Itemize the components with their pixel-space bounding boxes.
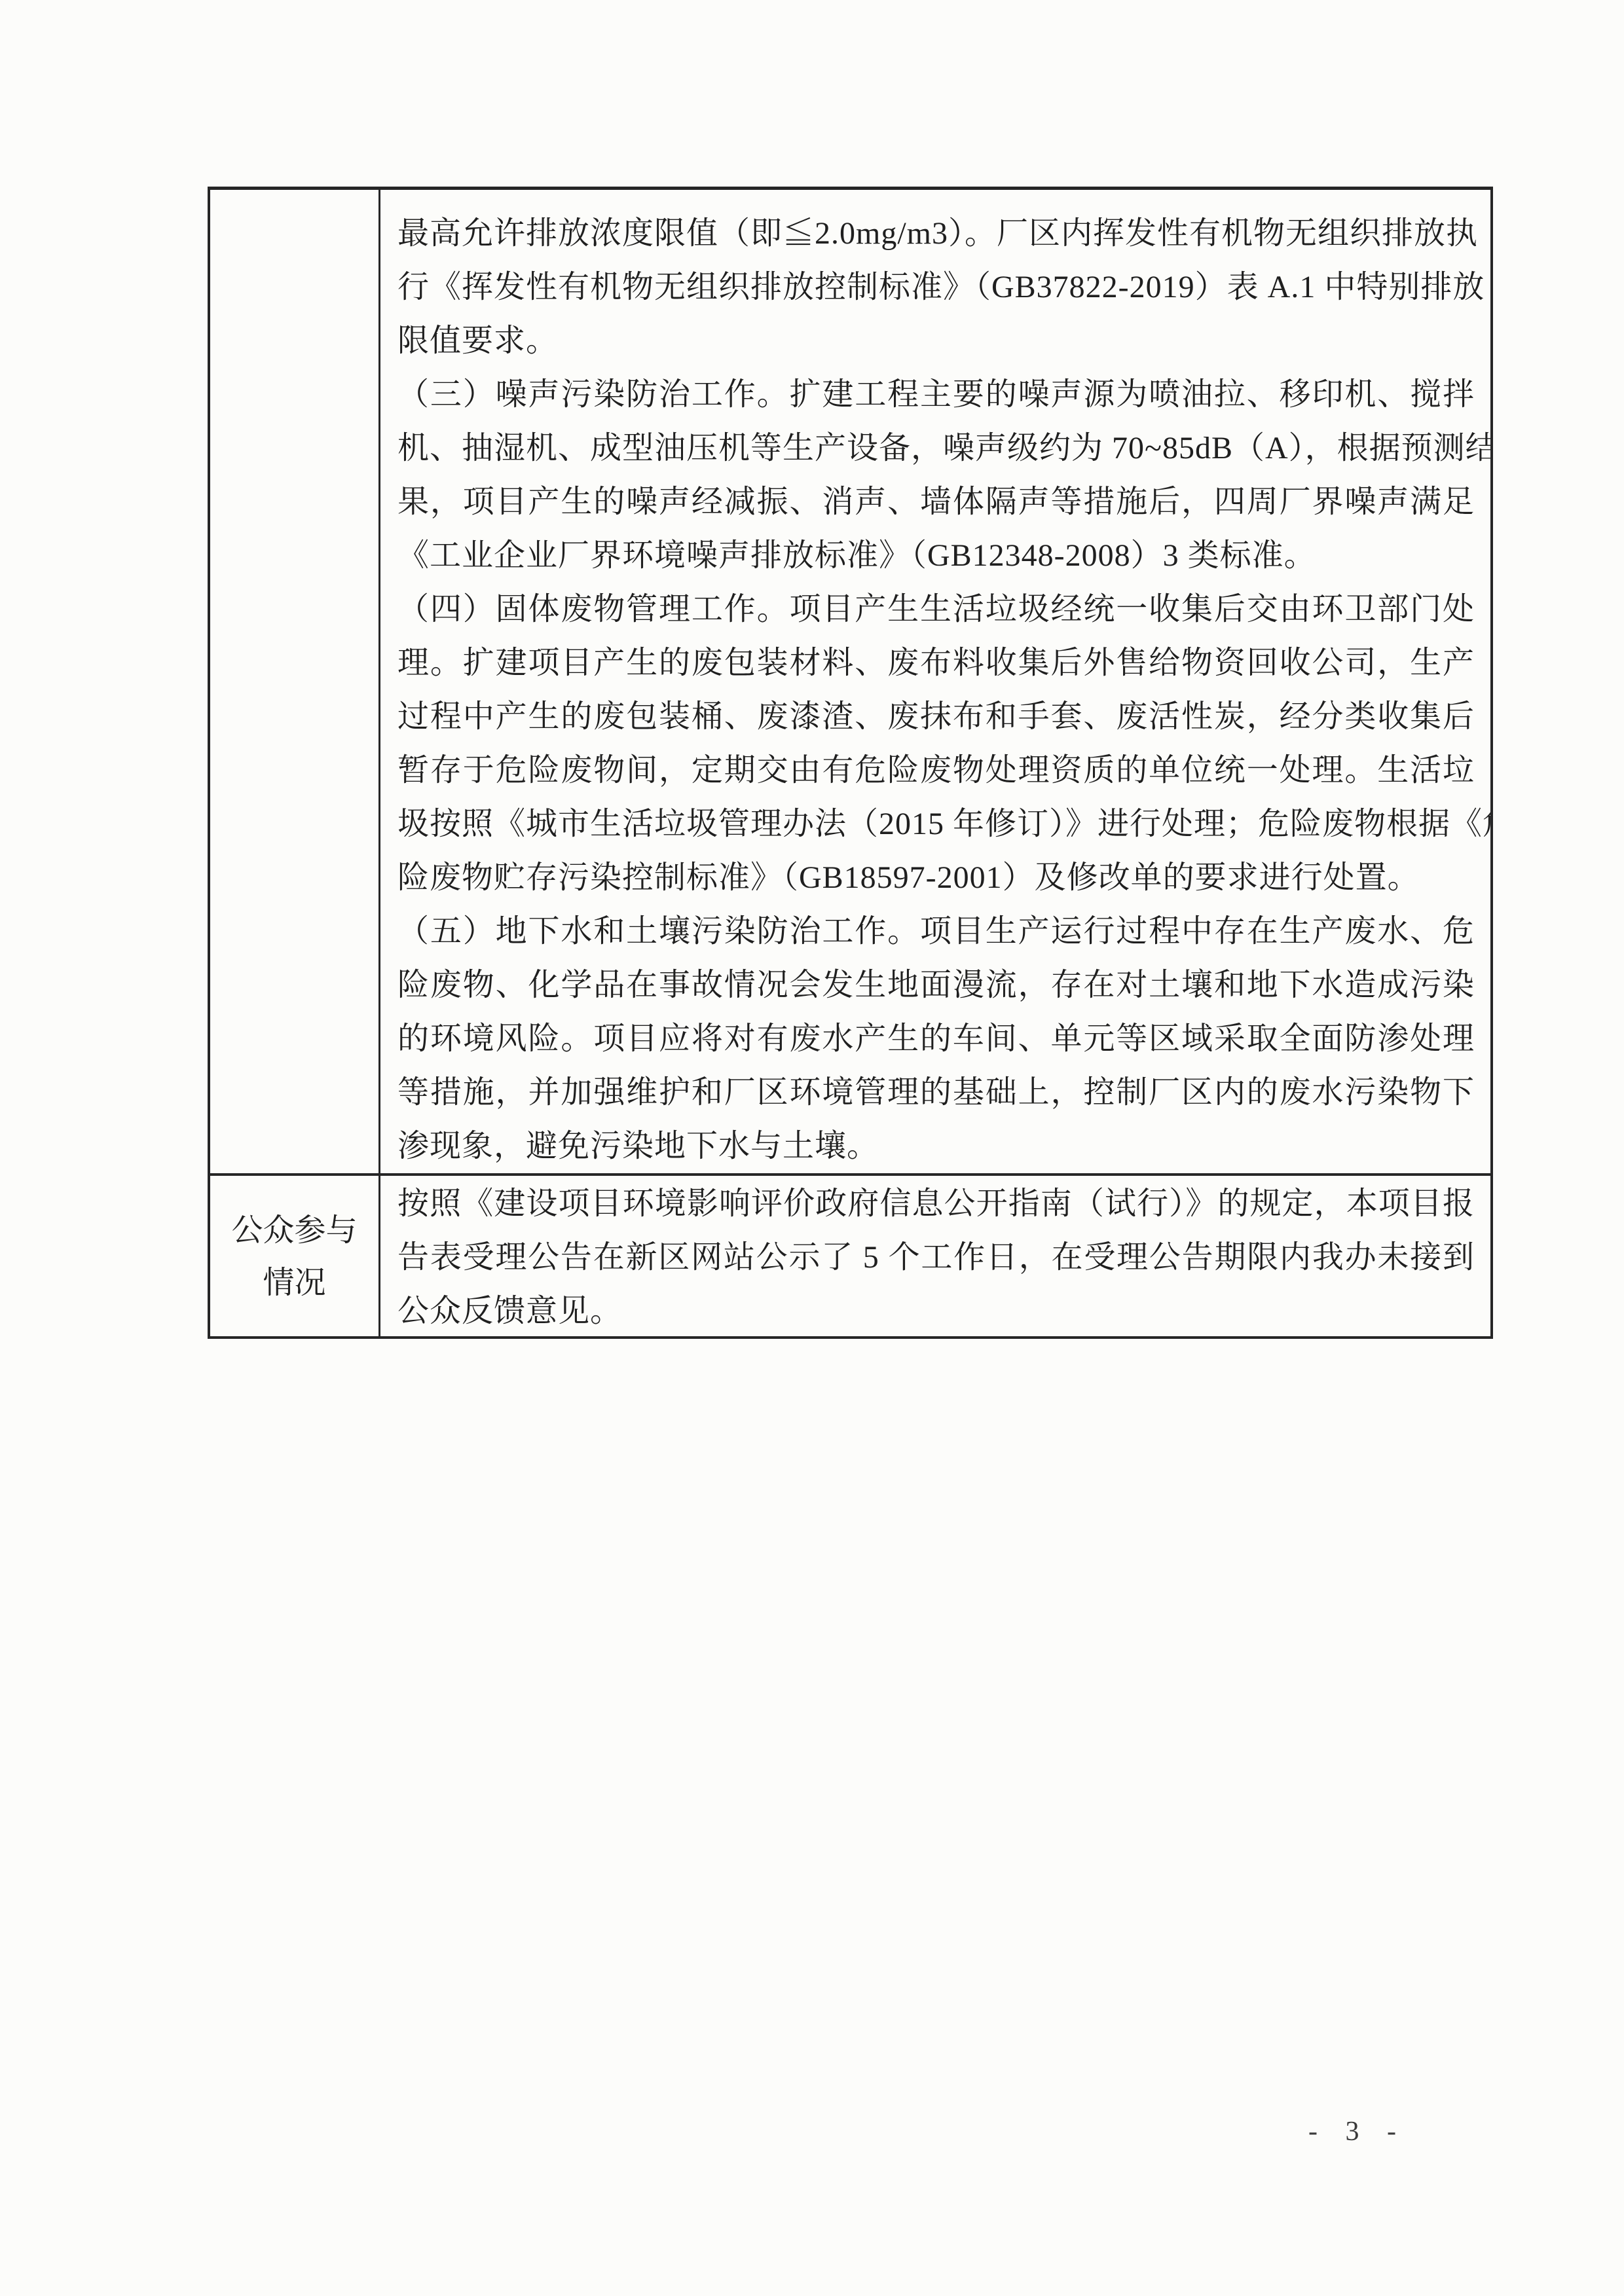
public-participation-content-cell: 按照《建设项目环境影响评价政府信息公开指南（试行）》的规定，本项目报告表受理公告… — [380, 1176, 1490, 1338]
text-line: 险废物贮存污染控制标准》（GB18597-2001）及修改单的要求进行处置。 — [397, 851, 1475, 905]
table-row: 公众参与情况 按照《建设项目环境影响评价政府信息公开指南（试行）》的规定，本项目… — [210, 1176, 1490, 1338]
text-line: 公众反馈意见。 — [397, 1285, 1475, 1338]
text-line: 过程中产生的废包装桶、废漆渣、废抹布和手套、废活性炭，经分类收集后 — [397, 690, 1475, 744]
text-line: 最高允许排放浓度限值（即≦2.0mg/m3）。厂区内挥发性有机物无组织排放执 — [397, 207, 1475, 261]
text-line: 公众参与 — [231, 1205, 357, 1257]
page-number: - 3 - — [1308, 2116, 1407, 2147]
eia-approval-table: 最高允许排放浓度限值（即≦2.0mg/m3）。厂区内挥发性有机物无组织排放执行《… — [208, 187, 1493, 1339]
document-page: 最高允许排放浓度限值（即≦2.0mg/m3）。厂区内挥发性有机物无组织排放执行《… — [0, 0, 1624, 2296]
text-line: （五）地下水和土壤污染防治工作。项目生产运行过程中存在生产废水、危 — [397, 905, 1475, 958]
table-row: 最高允许排放浓度限值（即≦2.0mg/m3）。厂区内挥发性有机物无组织排放执行《… — [210, 190, 1490, 1176]
text-line: 渗现象，避免污染地下水与土壤。 — [397, 1120, 1475, 1173]
text-line: 险废物、化学品在事故情况会发生地面漫流，存在对土壤和地下水造成污染 — [397, 958, 1475, 1012]
text-line: 暂存于危险废物间，定期交由有危险废物处理资质的单位统一处理。生活垃 — [397, 744, 1475, 797]
text-line: 机、抽湿机、成型油压机等生产设备，噪声级约为 70~85dB（A），根据预测结 — [397, 422, 1475, 475]
text-line: 理。扩建项目产生的废包装材料、废布料收集后外售给物资回收公司，生产 — [397, 636, 1475, 690]
text-line: 等措施，并加强维护和厂区环境管理的基础上，控制厂区内的废水污染物下 — [397, 1066, 1475, 1120]
public-participation-label-cell: 公众参与情况 — [210, 1176, 380, 1338]
pollution-control-measures-cell: 最高允许排放浓度限值（即≦2.0mg/m3）。厂区内挥发性有机物无组织排放执行《… — [380, 190, 1490, 1173]
text-line: 告表受理公告在新区网站公示了 5 个工作日，在受理公告期限内我办未接到 — [397, 1231, 1475, 1285]
text-line: 按照《建设项目环境影响评价政府信息公开指南（试行）》的规定，本项目报 — [397, 1177, 1475, 1231]
text-line: 果，项目产生的噪声经减振、消声、墙体隔声等措施后，四周厂界噪声满足 — [397, 475, 1475, 529]
text-line: 行《挥发性有机物无组织排放控制标准》（GB37822-2019）表 A.1 中特… — [397, 261, 1475, 314]
row-label-cell-empty — [210, 190, 380, 1173]
text-line: （三）噪声污染防治工作。扩建工程主要的噪声源为喷油拉、移印机、搅拌 — [397, 368, 1475, 422]
text-line: （四）固体废物管理工作。项目产生生活垃圾经统一收集后交由环卫部门处 — [397, 583, 1475, 636]
text-line: 限值要求。 — [397, 314, 1475, 368]
text-line: 情况 — [263, 1257, 325, 1309]
text-line: 《工业企业厂界环境噪声排放标准》（GB12348-2008）3 类标准。 — [397, 529, 1475, 583]
text-line: 的环境风险。项目应将对有废水产生的车间、单元等区域采取全面防渗处理 — [397, 1012, 1475, 1066]
text-line: 圾按照《城市生活垃圾管理办法（2015 年修订）》进行处理；危险废物根据《危 — [397, 797, 1475, 851]
